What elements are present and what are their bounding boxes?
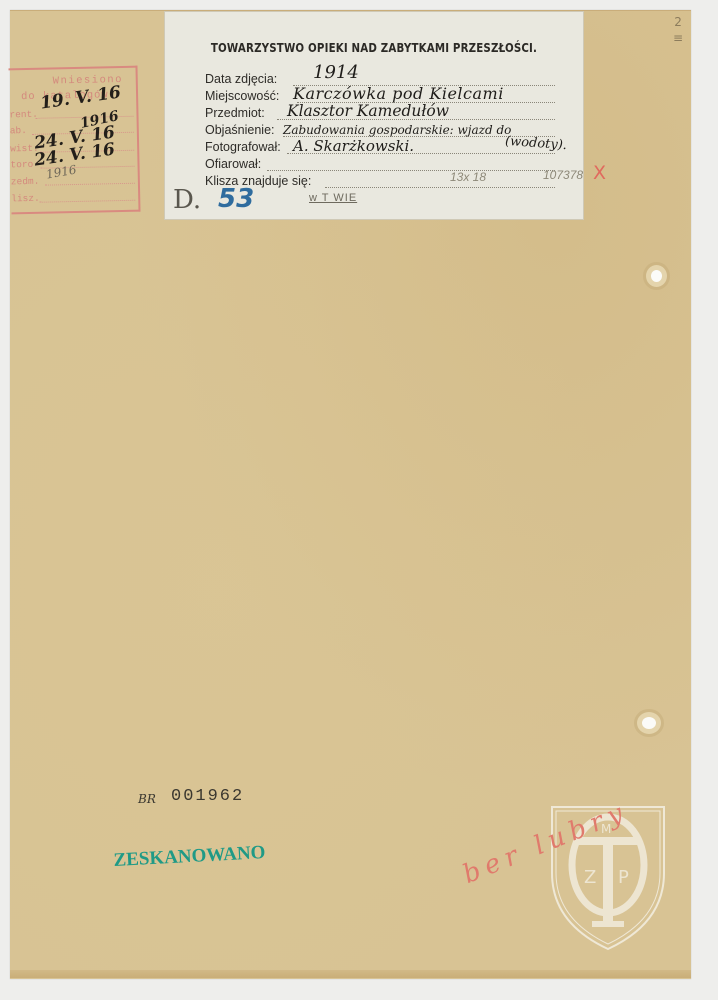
punch-hole [651,270,662,282]
sheet-edge [10,970,691,978]
field-label: Objaśnienie: [205,123,275,137]
catalog-number: 53 [218,184,254,214]
field-donor: Ofiarował: [205,157,555,173]
svg-text:Z: Z [584,867,596,888]
stamp-row: lisz. [11,193,40,205]
value-negative-number: 107378 [543,168,583,182]
value-description: Zabudowania gospodarskie: wjazd do [283,123,511,137]
catalog-prefix: D. [173,185,201,215]
stamp-row: zedm. [11,176,40,188]
corner-mark-lines: ≡ [673,30,683,46]
stamp-row: toro [10,159,33,170]
field-label: Fotografował: [205,140,281,154]
value-place: Karczówka pod Kielcami [293,84,504,103]
value-subject: Klasztor Kamedułów [287,102,449,120]
tonz-label-card: TOWARZYSTWO OPIEKI NAD ZABYTKAMI PRZESZŁ… [165,12,583,219]
stamp-row: rent. [9,109,38,121]
registry-number: 001962 [171,787,244,806]
value-date: 1914 [313,62,359,83]
value-photographer: A. Skarżkowski. [293,137,414,155]
punch-hole [642,717,656,729]
field-label: Przedmiot: [205,106,265,120]
field-negative-location: Klisza znajduje się: [205,174,555,190]
location-note: w T WIE [309,192,357,204]
registry-prefix: BR [138,792,156,806]
svg-text:P: P [618,867,629,888]
corner-mark-number: 2 [673,14,683,30]
stamp-row: ab. [10,125,27,136]
field-label: Data zdjęcia: [205,72,277,86]
corner-pencil-marks: 2 ≡ [673,14,683,46]
field-label: Miejscowość: [205,89,279,103]
value-negative-size: 13x 18 [450,170,486,184]
red-cross-mark: X [593,162,606,184]
field-label: Ofiarował: [205,157,261,171]
field-label: Klisza znajduje się: [205,174,311,188]
label-title: TOWARZYSTWO OPIEKI NAD ZABYTKAMI PRZESZŁ… [203,40,546,55]
